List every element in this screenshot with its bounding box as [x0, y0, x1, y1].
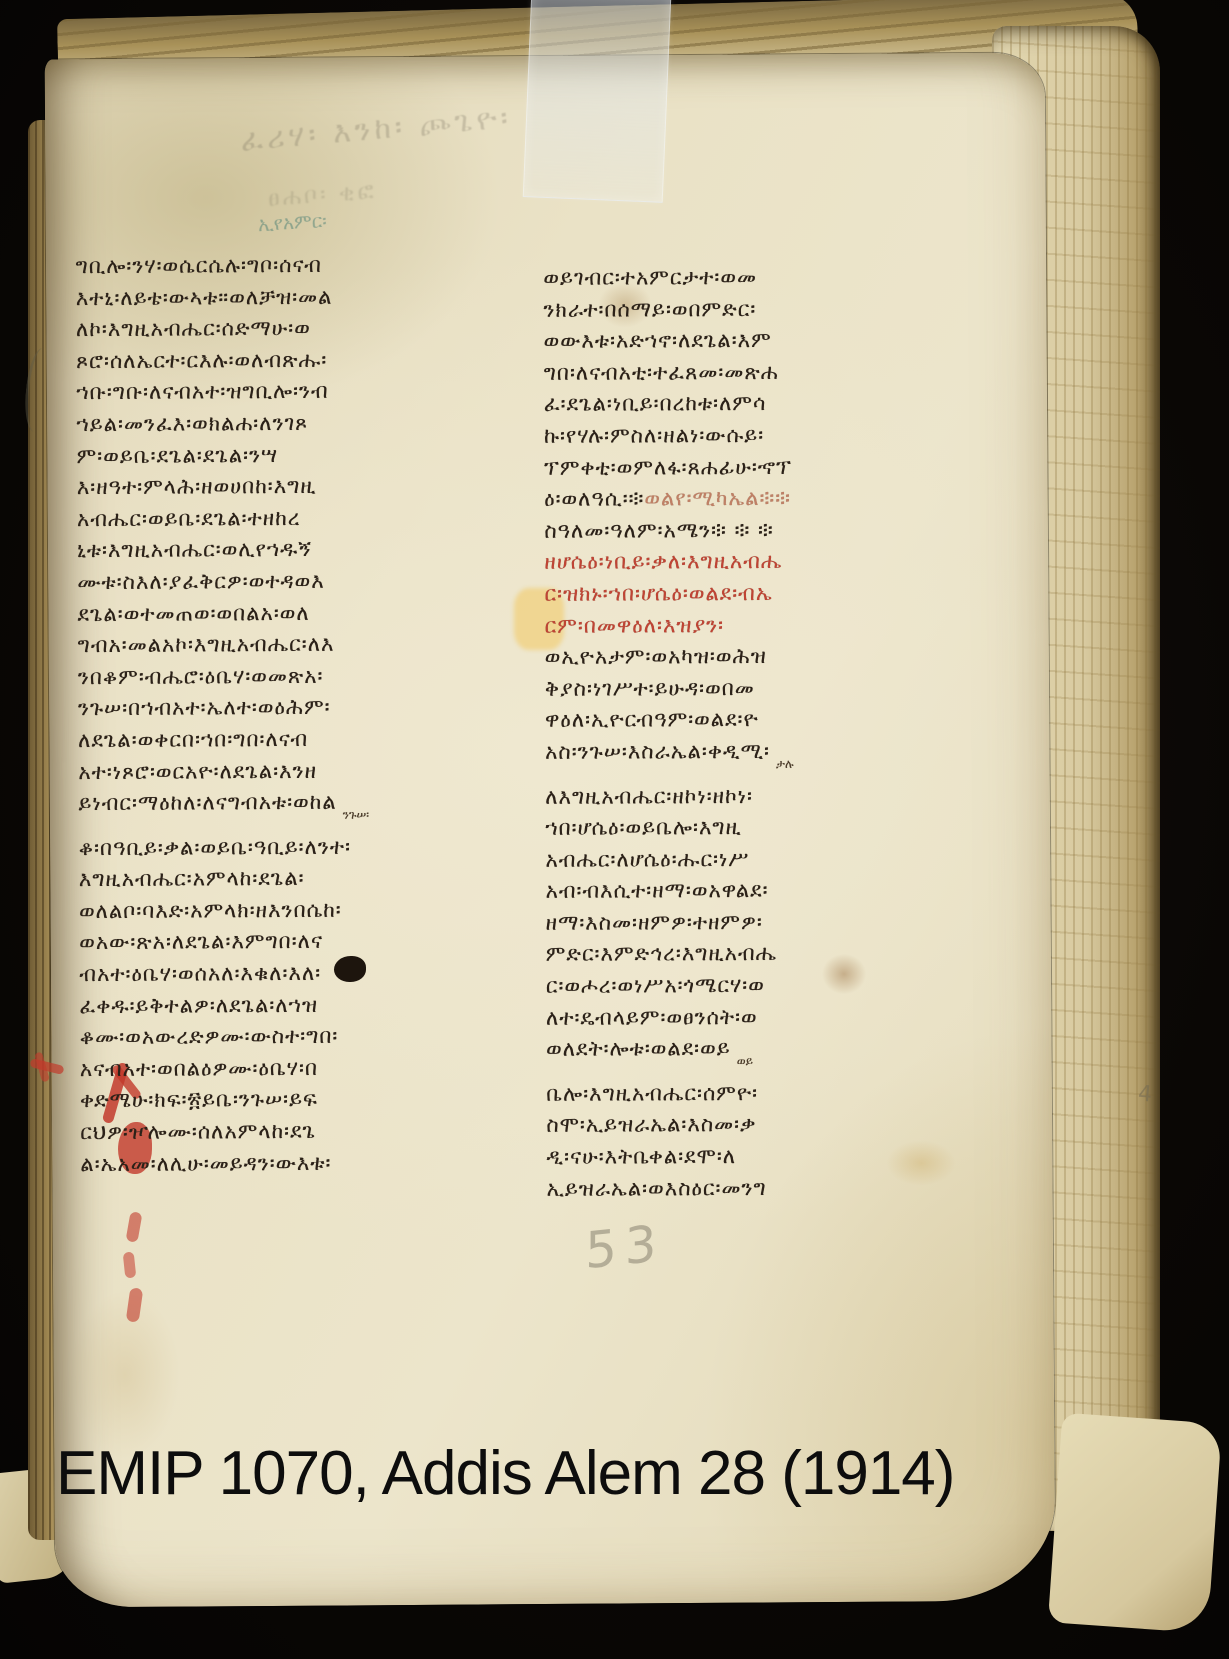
body-text: ንበቆም፡ብሔሮ፡ዕቤሃ፡ወመጽአ፡: [78, 664, 324, 689]
text-line: ዲ፡ናሁ፡እትቤቀል፡ደሞ፡ለ: [546, 1140, 982, 1173]
body-text: ወኢዮአታም፡ወአካዝ፡ወሕዝ: [545, 644, 767, 669]
body-text: ፈቀዱ፡ይቅተልዎ፡ለደጌል፡ለኀዝ: [79, 993, 318, 1018]
body-text: ዘማ፡እስመ፡ዘምዎ፡ተዘምዎ፡: [546, 910, 763, 935]
faint-teal-note: ኢየአምር፡: [257, 210, 327, 236]
text-line: ቀድሜሁ፡ክፍ፡፳ይቤ፡ንጉሠ፡ይፍ: [80, 1083, 512, 1117]
text-line: አብ፡ብእሲተ፡ዘማ፡ወአዋልደ፡: [545, 875, 981, 908]
body-text: እግዚአብሔር፡አምላከ፡ደጌል፡: [79, 866, 305, 891]
text-line: ወይገብር፡ተአምርታተ፡ወመ: [543, 261, 979, 294]
text-line: ግቢሎ፡ንሃ፡ወሴርሴሉ፡ግቦ፡ሰናብ: [76, 249, 508, 283]
body-text: ቤሎ፡እግዚአብሔር፡ሰምዮ፡: [546, 1081, 758, 1106]
body-text: ኩ፡የሃሉ፡ምስለ፡ዘልነ፡ውሱይ፡: [544, 423, 764, 448]
text-line: ለደጌል፡ወቀርበ፡ኀበ፡ግበ፡ለናብ: [78, 723, 510, 757]
text-line: ደጌል፡ወተመጠወ፡ወበልአ፡ወለ: [77, 596, 509, 630]
text-line: ዘማ፡እስመ፡ዘምዎ፡ተዘምዎ፡: [546, 906, 982, 939]
text-line: ር፡ዝክኑ፡ኀበ፡ሆሴዕ፡ወልደ፡ብኤ: [544, 577, 980, 610]
body-text: ወአው፡ጽአ፡ለደጌል፡እምግበ፡ለና: [79, 929, 323, 954]
text-line: ኢይዝራኤል፡ወእስዕር፡መንግ: [547, 1172, 983, 1205]
text-line: ርም፡በመዋዕለ፡እዝያን፡: [545, 609, 981, 642]
text-line: ዕ፡ወለዓሲ፡፨ወልየ፡ሚካኤል፨፨: [544, 482, 980, 515]
text-line: አብሔር፡ወይቤ፡ደጌል፡ተዘከረ: [77, 502, 509, 536]
text-column-right: ወይገብር፡ተአምርታተ፡ወመንክራተ፡በሰማይ፡ወበምድር፡ወውእቱ፡አድኀኖ…: [543, 261, 982, 1205]
text-line: ይነብር፡ማዕከለ፡ለናግብአቱ፡ወከልንጉሠ፡: [78, 786, 510, 833]
body-text: ግቢሎ፡ንሃ፡ወሴርሴሉ፡ግቦ፡ሰናብ: [76, 253, 322, 278]
text-line: ግብአ፡መልአኮ፡እግዚአብሔር፡ለእ: [78, 628, 510, 662]
body-text: አስ፡ንጉሠ፡እስራኤል፡ቀዲሚ፡: [545, 739, 770, 764]
plastic-tape-strip: [523, 0, 672, 203]
body-text: ኀበ፡ሆሴዕ፡ወይቤሎ፡እግዚ: [545, 815, 742, 840]
text-line: ፈቀዱ፡ይቅተልዎ፡ለደጌል፡ለኀዝ: [79, 989, 511, 1023]
text-line: ስዓለመ፡ዓለም፡አሜን፨ ፨ ፨: [544, 514, 980, 547]
text-line: ዘሆሴዕ፡ነቢይ፡ቃለ፡እግዚአብሔ: [544, 546, 980, 579]
body-text: ፈ፡ደጌል፡ነቢይ፡በረከቱ፡ለምሳ: [544, 391, 767, 416]
text-line: ኀበ፡ሆሴዕ፡ወይቤሎ፡እግዚ: [545, 811, 981, 844]
body-text: ርህዎ፡ዦሎሙ፡ሰለአምላከ፡ደጌ: [80, 1119, 316, 1144]
body-text: ወይ: [737, 1054, 753, 1068]
body-text: ንጉሠ፡በኀብአተ፡ኤለተ፡ወዕሕም፡: [78, 695, 331, 720]
text-line: ብአተ፡ዕቤሃ፡ወሰአለ፡እቁለ፡እለ፡: [79, 957, 511, 991]
body-text: ቆሙ፡ወአውረድዎሙ፡ውስተ፡ግበ፡: [80, 1024, 339, 1049]
text-line: ኩ፡የሃሉ፡ምስለ፡ዘልነ፡ውሱይ፡: [544, 419, 980, 452]
text-line: አተ፡ነጾሮ፡ወርአዮ፡ለደጌል፡እንዘ: [78, 754, 510, 788]
text-line: ስሞ፡ኢይዝራኤል፡እስመ፡ቃ: [546, 1109, 982, 1142]
body-text: ል፡ኤአመ፡ለሊሁ፡መይዳን፡ውእቱ፡: [80, 1150, 331, 1175]
pencil-page-number: 53: [585, 1214, 664, 1281]
body-text: ታሉ: [776, 757, 794, 771]
body-text: ወለደት፡ሎቱ፡ወልደ፡ወይ: [546, 1036, 731, 1061]
text-line: አናብአተ፡ወበልዕዎሙ፡ዕቤሃ፡በ: [80, 1052, 512, 1086]
text-line: ቆሙ፡ወአውረድዎሙ፡ውስተ፡ግበ፡: [80, 1020, 512, 1054]
body-text: ለእግዚአብሔር፡ዘኮነ፡ዘኮነ፡: [545, 784, 753, 809]
body-text: አናብአተ፡ወበልዕዎሙ፡ዕቤሃ፡በ: [80, 1056, 318, 1081]
body-text: ዋዕለ፡ኢዮርብዓም፡ወልደ፡ዮ: [545, 707, 759, 732]
text-line: ር፡ወሖረ፡ወነሥአ፡ጎሜርሃ፡ወ: [546, 969, 982, 1002]
text-line: ንበቆም፡ብሔሮ፡ዕቤሃ፡ወመጽአ፡: [78, 660, 510, 694]
text-line: ወለልቦ፡ባእድ፡አምላክ፡ዘእንበሴከ፡: [79, 894, 511, 928]
text-line: ወኢዮአታም፡ወአካዝ፡ወሕዝ: [545, 640, 981, 673]
body-text: ይነብር፡ማዕከለ፡ለናግብአቱ፡ወከል: [78, 790, 336, 815]
text-line: ጾሮ፡ሰለኤርተ፡ርእሉ፡ወለብጽሑ፡: [76, 344, 508, 378]
text-line: ቆ፡በዓቢይ፡ቃል፡ወይቤ፡ዓቢይ፡ለንተ፡: [79, 831, 511, 865]
text-line: ፕምቀቲ፡ወምለፋ፡ጸሐፊሁ፡ኆፕ: [544, 451, 980, 484]
body-text: ለተ፡ዴብላይም፡ወፀንሰት፡ወ: [546, 1005, 758, 1030]
body-text: እተኒ፡ለይቴ፡ውኣቱ።ወለቻዝ፡መል: [76, 284, 333, 309]
body-text: ኒቱ፡እግዚአብሔር፡ወሊየኀዱኝ: [77, 537, 312, 562]
body-text: ለደጌል፡ወቀርበ፡ኀበ፡ግበ፡ለናብ: [78, 727, 308, 752]
text-line: ቅያስ፡ነገሥተ፡ይሁዳ፡ወበመ: [545, 672, 981, 705]
body-text: ወለልቦ፡ባእድ፡አምላክ፡ዘእንበሴከ፡: [79, 898, 342, 923]
body-text: አብሔር፡ለሆሴዕ፡ሑር፡ነሥ: [545, 847, 749, 872]
text-line: እግዚአብሔር፡አምላከ፡ደጌል፡: [79, 862, 511, 896]
text-line: ግበ፡ለናብአቲ፡ተፈጸመ፡መጽሐ: [544, 356, 980, 389]
text-line: ኒቱ፡እግዚአብሔር፡ወሊየኀዱኝ: [77, 533, 509, 567]
body-text: ሙቱ፡ስእለ፡ያፈቅርዎ፡ወተዳወእ: [77, 569, 324, 594]
text-line: ወውእቱ፡አድኀኖ፡ለደጌል፡እም: [544, 324, 980, 357]
under-page-bottom-right: [1048, 1413, 1222, 1634]
body-text: ኀይል፡መንፈእ፡ወክልሐ፡ለንገጾ: [76, 411, 308, 436]
rubric-text: ር፡ዝክኑ፡ኀበ፡ሆሴዕ፡ወልደ፡ብኤ: [544, 581, 772, 606]
body-text: ወልየ፡ሚካኤል፨፨: [644, 486, 791, 511]
body-text: አብ፡ብእሲተ፡ዘማ፡ወአዋልደ፡: [546, 878, 769, 903]
text-line: ኀቡ፡ግቡ፡ለናብአተ፡ዝግቢሎ፡ንብ: [76, 375, 508, 409]
body-text: ምድር፡እምድኅረ፡እግዚአብሔ: [546, 941, 777, 966]
text-line: ል፡ኤአመ፡ለሊሁ፡መይዳን፡ውእቱ፡: [80, 1146, 512, 1180]
text-line: ኀይል፡መንፈእ፡ወክልሐ፡ለንገጾ: [76, 407, 508, 441]
text-line: ምድር፡እምድኅረ፡እግዚአብሔ: [546, 938, 982, 971]
text-line: ሙቱ፡ስእለ፡ያፈቅርዎ፡ወተዳወእ: [77, 565, 509, 599]
body-text: ወይገብር፡ተአምርታተ፡ወመ: [543, 265, 757, 290]
body-text: ቅያስ፡ነገሥተ፡ይሁዳ፡ወበመ: [545, 676, 755, 701]
body-text: ዲ፡ናሁ፡እትቤቀል፡ደሞ፡ለ: [546, 1144, 736, 1169]
body-text: ስሞ፡ኢይዝራኤል፡እስመ፡ቃ: [546, 1112, 756, 1137]
rubric-text: ርም፡በመዋዕለ፡እዝያን፡: [545, 613, 725, 638]
text-line: አስ፡ንጉሠ፡እስራኤል፡ቀዲሚ፡ታሉ: [545, 735, 981, 781]
body-text: ብአተ፡ዕቤሃ፡ወሰአለ፡እቁለ፡እለ፡: [79, 961, 321, 986]
text-line: ርህዎ፡ዦሎሙ፡ሰለአምላከ፡ደጌ: [80, 1115, 512, 1149]
body-text: ግበ፡ለናብአቲ፡ተፈጸመ፡መጽሐ: [544, 360, 779, 385]
body-text: ወውእቱ፡አድኀኖ፡ለደጌል፡እም: [544, 328, 772, 353]
body-text: ጾሮ፡ሰለኤርተ፡ርእሉ፡ወለብጽሑ፡: [76, 348, 327, 373]
body-text: ግብአ፡መልአኮ፡እግዚአብሔር፡ለእ: [78, 632, 335, 657]
body-text: ለኮ፡እግዚአብሔር፡ሰድማሁ፡ወ: [76, 316, 311, 341]
text-line: ለኮ፡እግዚአብሔር፡ሰድማሁ፡ወ: [76, 312, 508, 346]
text-line: ንጉሠ፡በኀብአተ፡ኤለተ፡ወዕሕም፡: [78, 691, 510, 725]
pencil-margin-number: 4: [1137, 1082, 1153, 1108]
body-text: አተ፡ነጾሮ፡ወርአዮ፡ለደጌል፡እንዘ: [78, 758, 317, 783]
body-text: ኢይዝራኤል፡ወእስዕር፡መንግ: [547, 1176, 767, 1201]
text-line: እተኒ፡ለይቴ፡ውኣቱ።ወለቻዝ፡መል: [76, 280, 508, 314]
body-text: ዕ፡ወለዓሲ፡፨: [544, 487, 644, 511]
body-text: እ፡ዘዓተ፡ምላሕ፡ዘወሀበከ፡እግዚ: [77, 474, 317, 499]
text-line: ፈ፡ደጌል፡ነቢይ፡በረከቱ፡ለምሳ: [544, 388, 980, 421]
body-text: ደጌል፡ወተመጠወ፡ወበልአ፡ወለ: [77, 600, 309, 625]
text-line: ወለደት፡ሎቱ፡ወልደ፡ወይወይ: [546, 1032, 982, 1078]
text-column-left: ግቢሎ፡ንሃ፡ወሴርሴሉ፡ግቦ፡ሰናብእተኒ፡ለይቴ፡ውኣቱ።ወለቻዝ፡መልለኮ…: [76, 249, 513, 1180]
body-text: ቀድሜሁ፡ክፍ፡፳ይቤ፡ንጉሠ፡ይፍ: [80, 1087, 318, 1112]
body-text: ኀቡ፡ግቡ፡ለናብአተ፡ዝግቢሎ፡ንብ: [76, 379, 329, 404]
body-text: አብሔር፡ወይቤ፡ደጌል፡ተዘከረ: [77, 506, 301, 531]
text-line: ቤሎ፡እግዚአብሔር፡ሰምዮ፡: [546, 1077, 982, 1110]
body-text: ንክራተ፡በሰማይ፡ወበምድር፡: [543, 297, 756, 322]
shelfmark-caption: EMIP 1070, Addis Alem 28 (1914): [56, 1438, 1056, 1509]
body-text: ም፡ወይቤ፡ደጌል፡ደጌል፡ንሣ: [77, 443, 279, 468]
text-line: እ፡ዘዓተ፡ምላሕ፡ዘወሀበከ፡እግዚ: [77, 470, 509, 504]
manuscript-photo: ፈሪሃ፡ እንከ፡ ጮጌዮ፡ ፀሐቦ፡ ቂፎ ኢየአምር፡ ግቢሎ፡ንሃ፡ወሴር…: [0, 0, 1229, 1659]
text-line: ም፡ወይቤ፡ደጌል፡ደጌል፡ንሣ: [77, 438, 509, 472]
body-text: ንጉሠ፡: [343, 808, 369, 822]
text-line: አብሔር፡ለሆሴዕ፡ሑር፡ነሥ: [545, 843, 981, 876]
body-text: ፕምቀቲ፡ወምለፋ፡ጸሐፊሁ፡ኆፕ: [544, 454, 792, 479]
text-line: ለተ፡ዴብላይም፡ወፀንሰት፡ወ: [546, 1001, 982, 1034]
body-text: ስዓለመ፡ዓለም፡አሜን፨ ፨ ፨: [544, 518, 774, 543]
text-line: ወአው፡ጽአ፡ለደጌል፡እምግበ፡ለና: [79, 925, 511, 959]
text-line: ንክራተ፡በሰማይ፡ወበምድር፡: [543, 293, 979, 326]
text-line: ለእግዚአብሔር፡ዘኮነ፡ዘኮነ፡: [545, 780, 981, 813]
text-line: ዋዕለ፡ኢዮርብዓም፡ወልደ፡ዮ: [545, 704, 981, 737]
body-text: ቆ፡በዓቢይ፡ቃል፡ወይቤ፡ዓቢይ፡ለንተ፡: [79, 834, 351, 859]
rubric-text: ዘሆሴዕ፡ነቢይ፡ቃለ፡እግዚአብሔ: [544, 549, 782, 574]
body-text: ር፡ወሖረ፡ወነሥአ፡ጎሜርሃ፡ወ: [546, 973, 765, 998]
